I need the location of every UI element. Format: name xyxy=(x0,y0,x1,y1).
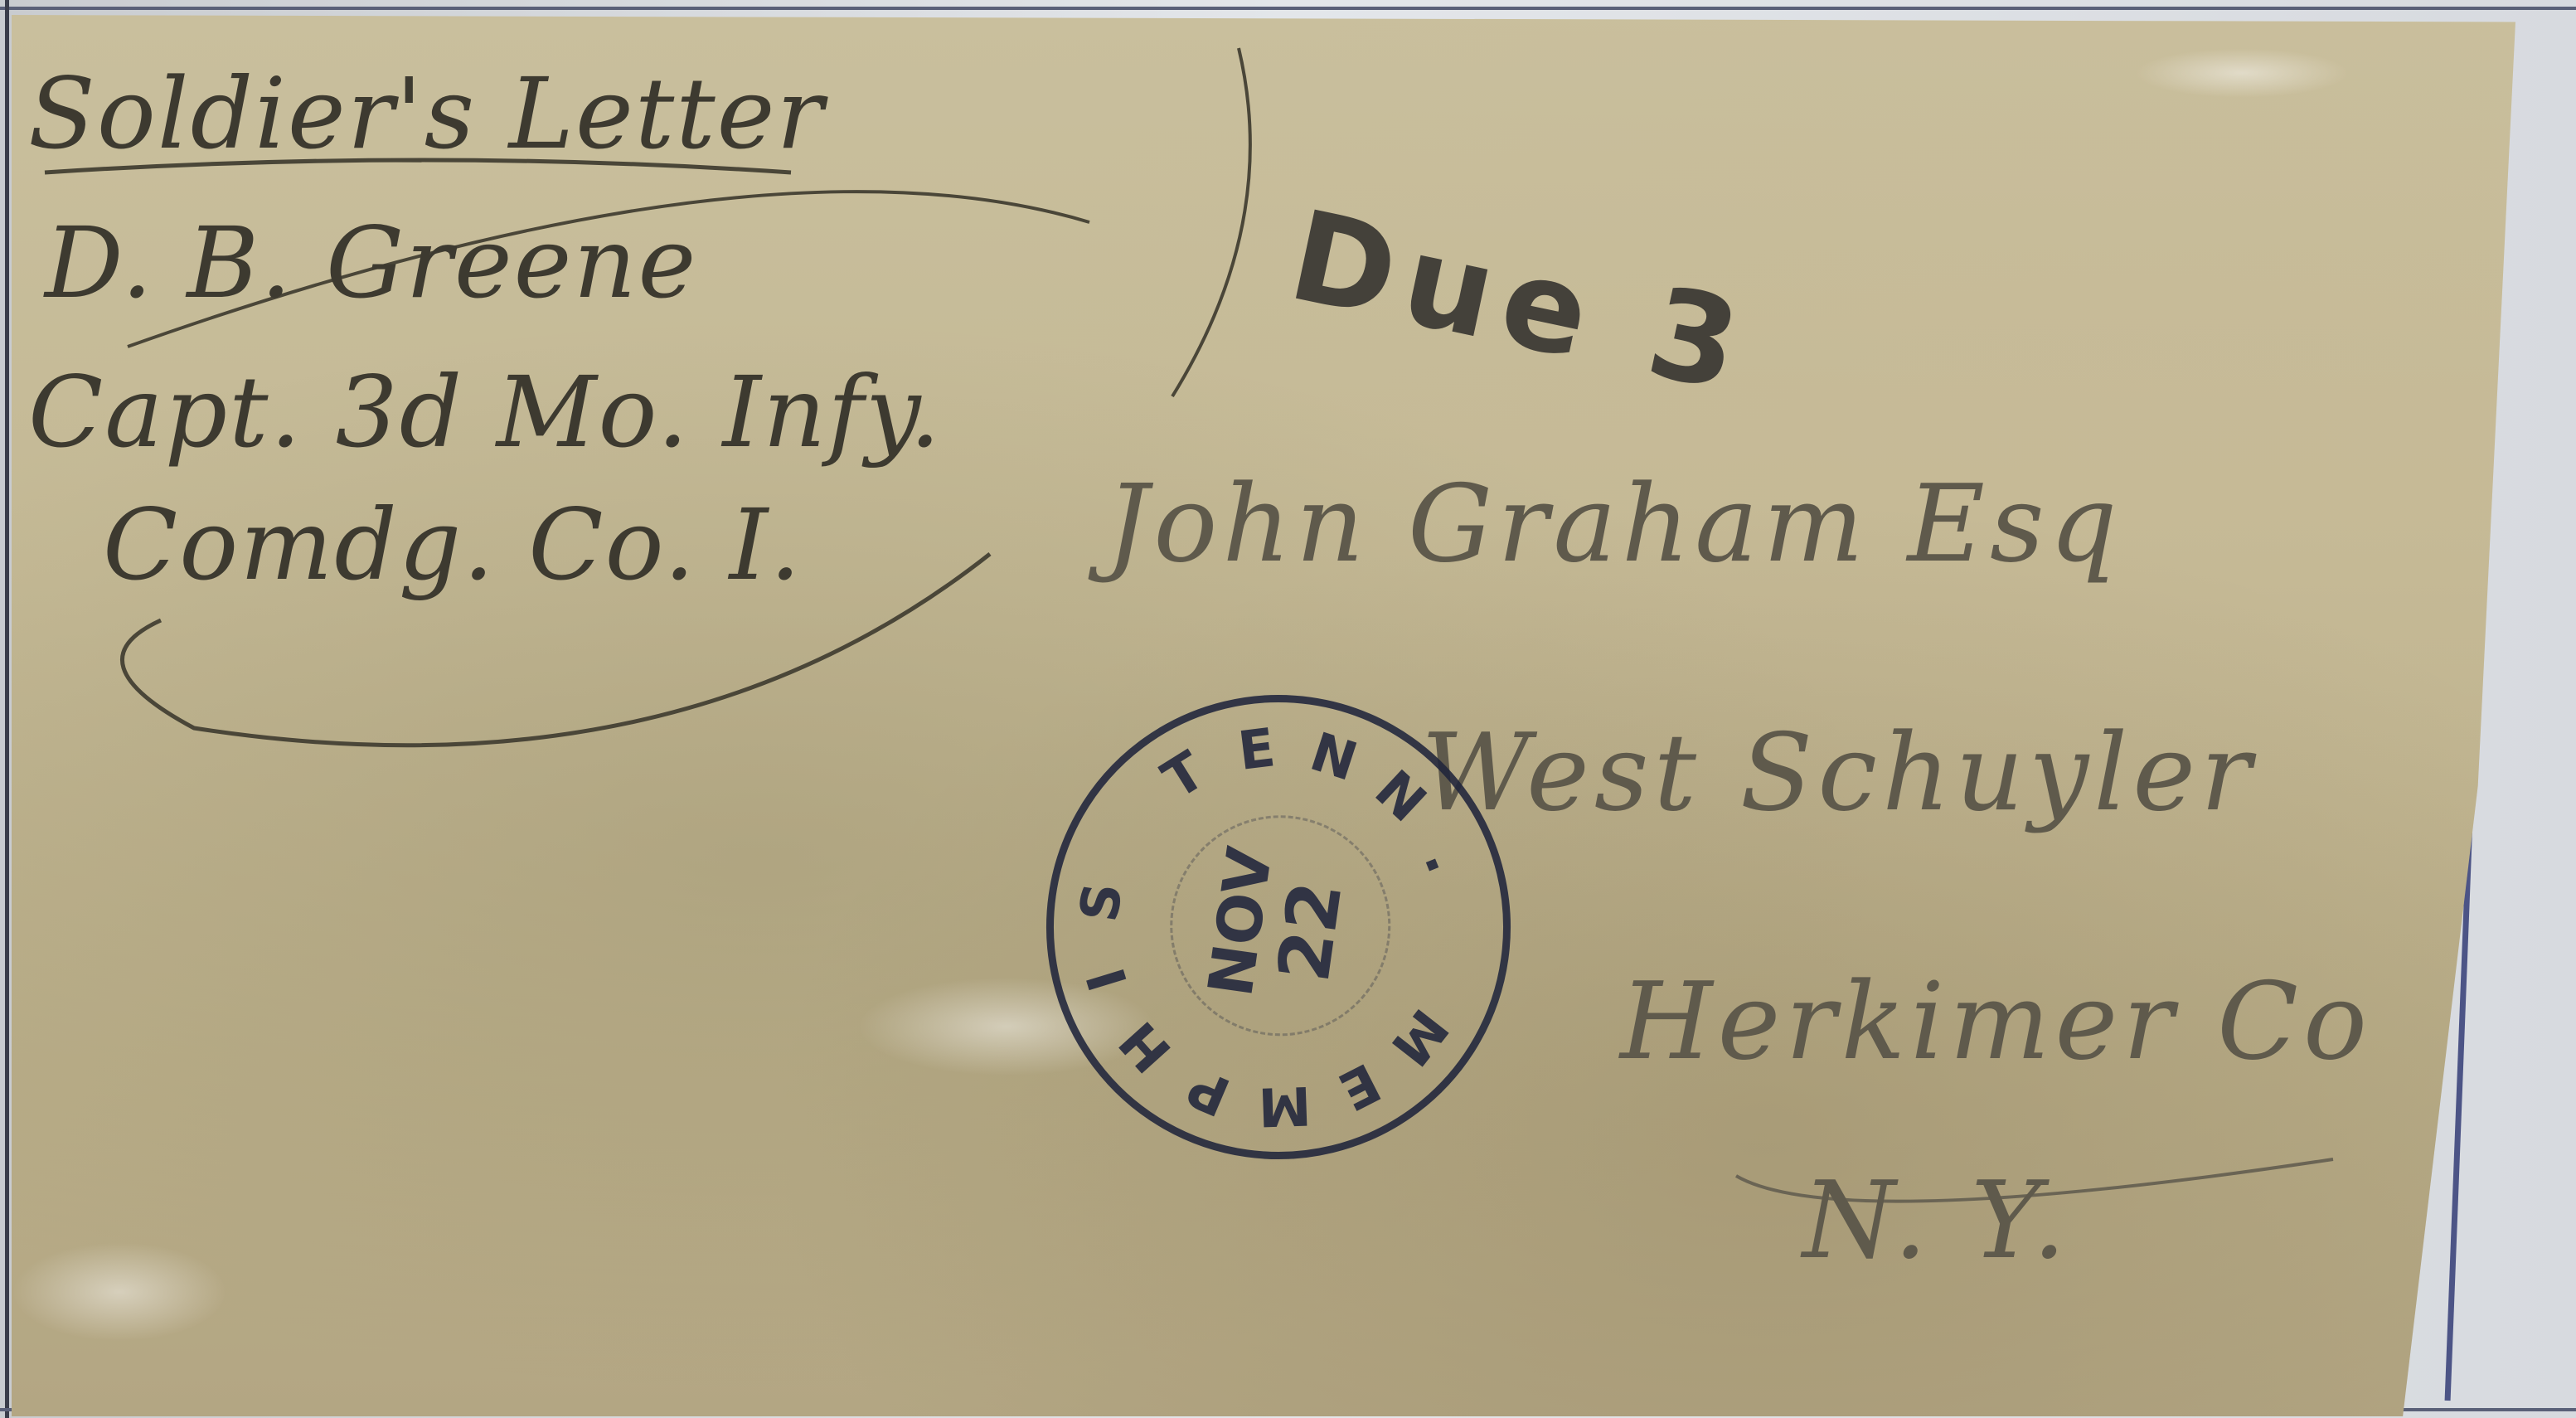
recipient-address-line: West Schuyler xyxy=(1421,711,2256,835)
postmark-ring-char: S xyxy=(1069,879,1135,925)
return-address-line: Soldier's Letter xyxy=(28,56,825,171)
recipient-address-line: Herkimer Co xyxy=(1620,960,2372,1084)
postmark-ring-char: . xyxy=(1411,839,1476,881)
postmark-ring-char: M xyxy=(1379,997,1460,1076)
mount-border xyxy=(0,7,2576,10)
postmark-ring-char: T xyxy=(1152,741,1215,812)
return-address-line: Comdg. Co. I. xyxy=(103,488,803,602)
postmark: MEMPHIS TENN. NOV 22 xyxy=(1016,665,1540,1189)
return-address-line: Capt. 3d Mo. Infy. xyxy=(28,355,942,469)
postmark-ring-char: E xyxy=(1329,1051,1390,1122)
postmark-ring-char: N xyxy=(1363,759,1438,834)
postmark-ring-char: H xyxy=(1109,1009,1184,1083)
return-address-line: D. B. Greene xyxy=(45,206,697,320)
recipient-address-line: N. Y. xyxy=(1802,1159,2071,1283)
postmark-ring-char: I xyxy=(1076,961,1141,998)
recipient-address-line: John Graham Esq xyxy=(1106,463,2122,586)
mount-border xyxy=(5,0,9,1418)
